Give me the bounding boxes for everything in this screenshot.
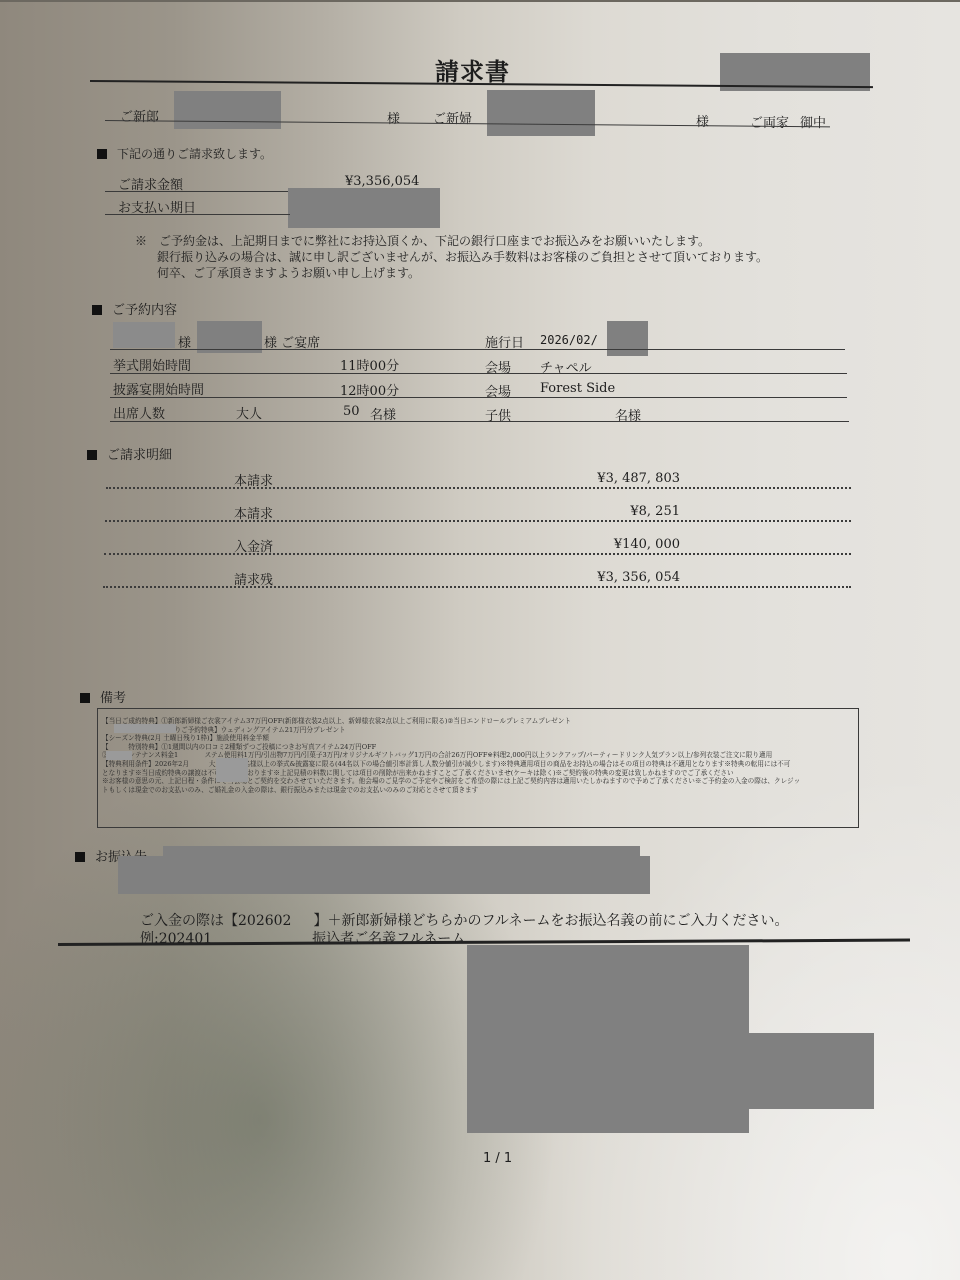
- summary-notes: ※ ご予約金は、上記期日までに弊社にお持込頂くか、下記の銀行口座までお振込みをお…: [135, 233, 768, 281]
- remarks-line: 【当日ご成約特典】①新郎新婦様ご衣裳アイテム37万円OFF(新郎様衣装2点以上、…: [102, 717, 854, 726]
- redacted-stamp-area: [467, 945, 749, 1133]
- redacted-date-day: [607, 321, 648, 356]
- billing-row-amount: ¥3, 487, 803: [597, 471, 680, 486]
- billing-row-amount: ¥8, 251: [630, 504, 680, 519]
- bullet-square-icon: [97, 149, 107, 159]
- remarks-heading: 備考: [80, 687, 126, 706]
- remarks-line: ②衣装メンテナンス料金1 ステム使用料1万円/引出物7万円/引菓子3万円/オリジ…: [102, 751, 854, 760]
- billing-heading-text: ご請求明細: [107, 448, 172, 463]
- reservation-row-3-underline: [110, 397, 847, 398]
- billing-heading: ご請求明細: [87, 444, 172, 463]
- redacted-due-date: [288, 188, 440, 228]
- family-honorific: 御中: [800, 112, 826, 131]
- document-title: 請求書: [435, 52, 510, 87]
- redacted-referrer-name: [114, 724, 176, 733]
- reservation-row-2-underline: [110, 373, 847, 374]
- redacted-bank-account: [118, 856, 650, 894]
- billing-row-divider: [106, 487, 851, 489]
- redacted-groom-name: [174, 91, 281, 129]
- bullet-square-icon: [75, 852, 85, 862]
- bullet-square-icon: [92, 305, 102, 315]
- redacted-remarks-detail: [216, 758, 248, 782]
- billing-row-amount: ¥140, 000: [614, 537, 680, 552]
- summary-heading-text: 下記の通りご請求致します。: [117, 147, 272, 161]
- transfer-instruction-prefix: ご入金の際は【202602: [140, 913, 291, 929]
- remarks-line: 【シーズン特典(2月 土曜日残り1枠)】施設使用料金半額: [102, 734, 854, 743]
- billing-row-amount: ¥3, 356, 054: [597, 570, 680, 585]
- remarks-line: 様よりご予約特典】ウェディングアイテム21万円分プレゼント: [102, 726, 854, 735]
- remarks-line: ※お客様の意思の元、上記日程・条件にて当会場とご契約を交わさせていただきます。他…: [102, 777, 854, 786]
- adults-label: 大人: [236, 403, 262, 422]
- remarks-line: 【特典利用条件】2026年2月 大人人数45名様以上の挙式&披露宴に限る(44名…: [102, 760, 854, 769]
- reservation-heading-text: ご予約内容: [112, 303, 177, 318]
- reservation-heading: ご予約内容: [92, 299, 177, 318]
- family-label: ご両家: [750, 112, 789, 131]
- bullet-square-icon: [87, 450, 97, 460]
- groom-label: ご新郎: [120, 106, 159, 125]
- billing-row-divider: [104, 553, 851, 555]
- summary-heading: 下記の通りご請求致します。: [97, 145, 272, 162]
- transfer-example-suffix: 振込者ご名義フルネーム: [312, 931, 465, 947]
- ceremony-start-label: 挙式開始時間: [113, 355, 191, 374]
- photo-frame-edge: [0, 0, 960, 2]
- amount-underline: [105, 191, 290, 192]
- redacted-special-name: [106, 751, 132, 760]
- transfer-instruction-suffix: 】＋新郎新婦様どちらかのフルネームをお振込名義の前にご入力ください。: [313, 913, 788, 929]
- remarks-line: となります※当日成約特典の譲渡は不可となっております※上記見積の料数に関しては項…: [102, 769, 854, 778]
- redacted-party-name-1: [113, 322, 175, 348]
- adults-count: 50: [343, 404, 360, 419]
- date-value: 2026/02/: [540, 333, 598, 347]
- remarks-box: 【当日ご成約特典】①新郎新婦様ご衣裳アイテム37万円OFF(新郎様衣装2点以上、…: [97, 708, 859, 828]
- page-indicator: 1 / 1: [483, 1151, 512, 1166]
- remarks-text: 【当日ご成約特典】①新郎新婦様ご衣裳アイテム37万円OFF(新郎様衣装2点以上、…: [102, 717, 854, 794]
- billing-row-divider: [103, 586, 851, 588]
- ceremony-start-value: 11時00分: [340, 355, 399, 374]
- reservation-row-1-underline: [110, 349, 845, 350]
- bride-honorific: 様: [696, 111, 709, 130]
- remarks-heading-text: 備考: [100, 691, 126, 706]
- venue-value-2: Forest Side: [540, 381, 615, 396]
- remarks-line: トもしくは現金でのお支払いのみ、ご婚礼金の入金の際は、銀行振込みまたは現金でのお…: [102, 786, 854, 795]
- redacted-bride-name: [487, 90, 595, 136]
- redacted-company-seal: [749, 1033, 874, 1109]
- transfer-instruction: ご入金の際は【202602】＋新郎新婦様どちらかのフルネームをお振込名義の前にご…: [140, 910, 788, 930]
- due-date-underline: [105, 214, 290, 215]
- note-line: 銀行振り込みの場合は、誠に申し訳ございませんが、お振込み手数料はお客様のご負担と…: [135, 249, 768, 265]
- reception-start-label: 披露宴開始時間: [113, 379, 204, 398]
- note-line: ※ ご予約金は、上記期日までに弊社にお持込頂くか、下記の銀行口座までお振込みをお…: [135, 233, 768, 249]
- groom-honorific: 様: [387, 108, 400, 127]
- reservation-row-4-underline: [110, 421, 849, 422]
- billing-row-divider: [105, 520, 851, 522]
- attendance-label: 出席人数: [113, 403, 165, 422]
- amount-value: ¥3,356,054: [345, 174, 419, 189]
- note-line: 何卒、ご了承頂きますようお願い申し上げます。: [135, 265, 768, 281]
- bullet-square-icon: [80, 693, 90, 703]
